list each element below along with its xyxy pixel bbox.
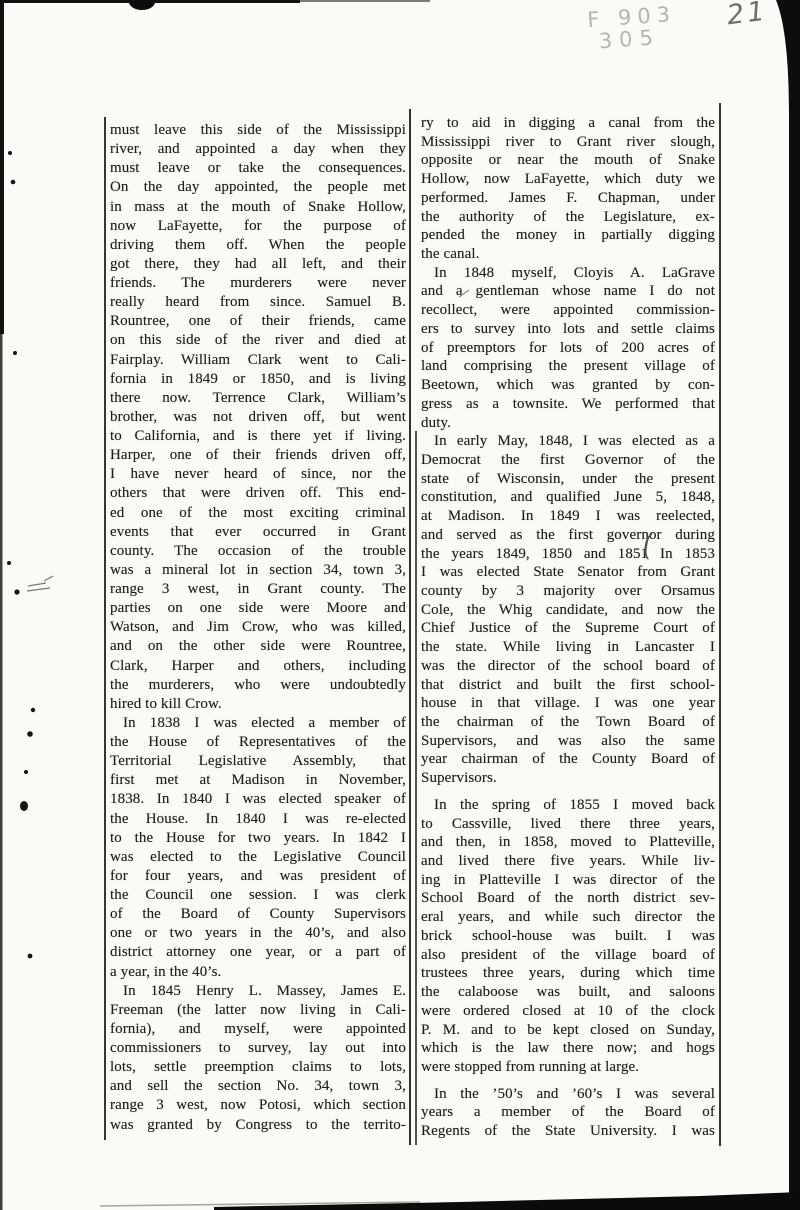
- pencil-scribble: [27, 576, 53, 591]
- scan-edge-bottom: [214, 1192, 800, 1210]
- text-line: P. M. and to be kept closed on Sunday,: [421, 1021, 715, 1040]
- text-line: must leave or take the consequences.: [110, 159, 406, 178]
- text-line: county by 3 majority over Orsamus: [421, 582, 715, 601]
- text-line: Clark, Harper and others, including: [110, 657, 406, 676]
- scan-edge-bottom-faint-line: [100, 1202, 420, 1206]
- paragraph: ry to aid in digging a canal from theMis…: [421, 114, 715, 264]
- text-line: first met at Madison in November,: [110, 771, 406, 790]
- text-line: of the Board of County Supervisors: [110, 905, 406, 924]
- text-line: performed. James F. Chapman, under: [421, 189, 715, 208]
- text-column-right: ry to aid in digging a canal from theMis…: [421, 114, 715, 1141]
- text-line: recollect, were appointed commission-: [421, 301, 715, 320]
- text-line: brother, was not driven off, but went: [110, 408, 406, 427]
- text-line: year chairman of the County Board of: [421, 750, 715, 769]
- text-line: Mississippi river to Grant river slough,: [421, 133, 715, 152]
- text-line: at Madison. In 1849 I was reelected,: [421, 507, 715, 526]
- text-line: Territorial Legislative Assembly, that: [110, 752, 406, 771]
- pencil-catalog-mark: F 903 305: [587, 3, 679, 53]
- text-line: I have never heard of since, nor the: [110, 465, 406, 484]
- text-line: range 3 west, now Potosi, which section: [110, 1096, 406, 1115]
- text-line: in mass at the mouth of Snake Hollow,: [110, 198, 406, 217]
- scan-edge-top-blob: [129, 0, 155, 10]
- text-line: were stopped from running at large.: [421, 1058, 715, 1077]
- text-line: friends. The murderers were never: [110, 274, 406, 293]
- text-line: In the spring of 1855 I moved back: [421, 796, 715, 815]
- scan-edge-right: [776, 0, 800, 1210]
- text-line: were ordered closed at 10 of the clock: [421, 1002, 715, 1021]
- text-line: the House. In 1840 I was re-elected: [110, 810, 406, 829]
- text-line: Cole, the Whig candidate, and now the: [421, 601, 715, 620]
- text-line: Freeman (the latter now living in Cali-: [110, 1001, 406, 1020]
- text-line: and served as the first governor during: [421, 526, 715, 545]
- text-line: to Cassville, lived there three years,: [421, 815, 715, 834]
- text-line: and lived there five years. While liv-: [421, 852, 715, 871]
- text-line: Hollow, now LaFayette, which duty we: [421, 170, 715, 189]
- text-line: Supervisors, and was also the same: [421, 732, 715, 751]
- scan-edge-top: [0, 0, 300, 3]
- column-rule-right: [719, 103, 721, 1146]
- text-line: ry to aid in digging a canal from the: [421, 114, 715, 133]
- text-column-left: must leave this side of the Mississippir…: [110, 121, 406, 1135]
- text-line: of preemptors for lots of 200 acres of: [421, 339, 715, 358]
- text-line: to the House for two years. In 1842 I: [110, 829, 406, 848]
- text-line: the state. While living in Lancaster I: [421, 638, 715, 657]
- text-line: trustees three years, during which time: [421, 964, 715, 983]
- text-line: that district and built the first school…: [421, 676, 715, 695]
- text-line: range 3 west, in Grant county. The: [110, 580, 406, 599]
- pencil-catalog-line2: 305: [598, 25, 678, 52]
- text-line: years a member of the Board of: [421, 1103, 715, 1122]
- text-line: Rountree, one of their friends, came: [110, 312, 406, 331]
- text-line: the House of Representatives of the: [110, 733, 406, 752]
- column-rule-left: [104, 117, 106, 1140]
- text-line: there now. Terrence Clark, William’s: [110, 389, 406, 408]
- paragraph: must leave this side of the Mississippir…: [110, 121, 406, 714]
- text-line: I was elected State Senator from Grant: [421, 563, 715, 582]
- text-line: was elected to the Legislative Council: [110, 848, 406, 867]
- text-line: for four years, and was president of: [110, 867, 406, 886]
- text-line: gress as a townsite. We performed that: [421, 395, 715, 414]
- text-line: river, and appointed a day when they: [110, 140, 406, 159]
- column-rule-middle: [409, 109, 411, 1145]
- text-line: which is the law there now; and hogs: [421, 1039, 715, 1058]
- text-line: the canal.: [421, 245, 715, 264]
- text-line: Regents of the State University. I was: [421, 1122, 715, 1141]
- text-line: was granted by Congress to the territo-: [110, 1116, 406, 1135]
- text-line: In early May, 1848, I was elected as a: [421, 432, 715, 451]
- text-line: the calaboose was built, and saloons: [421, 983, 715, 1002]
- text-line: constitution, and qualified June 5, 1848…: [421, 488, 715, 507]
- text-line: In 1838 I was elected a member of: [110, 714, 406, 733]
- text-line: state of Wisconsin, under the present: [421, 470, 715, 489]
- text-line: must leave this side of the Mississippi: [110, 121, 406, 140]
- text-line: Watson, and Jim Crow, who was killed,: [110, 618, 406, 637]
- text-line: was the director of the school board of: [421, 657, 715, 676]
- text-line: ers to survey into lots and settle claim…: [421, 320, 715, 339]
- text-line: got there, they had all left, and their: [110, 255, 406, 274]
- paragraph: In the ’50’s and ’60’s I was severalyear…: [421, 1085, 715, 1141]
- text-line: In the ’50’s and ’60’s I was several: [421, 1085, 715, 1104]
- text-line: fornia), and myself, were appointed: [110, 1020, 406, 1039]
- text-line: really heard from since. Samuel B.: [110, 293, 406, 312]
- text-line: the authority of the Legislature, ex-: [421, 208, 715, 227]
- text-line: the chairman of the Town Board of: [421, 713, 715, 732]
- text-line: hired to kill Crow.: [110, 695, 406, 714]
- scan-edge-left-upper: [0, 0, 4, 334]
- column-rule-inner: [415, 431, 417, 1145]
- text-line: In 1845 Henry L. Massey, James E.: [110, 982, 406, 1001]
- text-line: opposite or near the mouth of Snake: [421, 151, 715, 170]
- text-line: duty.: [421, 414, 715, 433]
- text-line: others that were driven off. This end-: [110, 484, 406, 503]
- text-line: and sell the section No. 34, town 3,: [110, 1077, 406, 1096]
- text-line: 1838. In 1840 I was elected speaker of: [110, 790, 406, 809]
- text-line: Supervisors.: [421, 769, 715, 788]
- paragraph: In 1848 myself, Cloyis A. LaGraveand a g…: [421, 264, 715, 432]
- pencil-catalog-line1: F 903: [587, 3, 677, 31]
- text-line: parties on one side were Moore and: [110, 599, 406, 618]
- text-line: house in that village. I was one year: [421, 694, 715, 713]
- text-line: events that ever occurred in Grant: [110, 523, 406, 542]
- paragraph: In the spring of 1855 I moved backto Cas…: [421, 796, 715, 1077]
- ink-specks: [7, 151, 35, 958]
- scanned-document-page: { "page": { "background": "#fbfaf6", "in…: [0, 0, 800, 1210]
- text-line: driving them off. When the people: [110, 236, 406, 255]
- text-line: School Board of the north district sev-: [421, 889, 715, 908]
- scan-edge-top-fade: [300, 0, 430, 2]
- scan-edge-left-lower: [0, 334, 3, 1210]
- text-line: the years 1849, 1850 and 1851 In 1853: [421, 545, 715, 564]
- text-line: lots, settle preemption claims to lots,: [110, 1058, 406, 1077]
- text-line: one or two years in the 40’s, and also: [110, 924, 406, 943]
- text-line: On the day appointed, the people met: [110, 178, 406, 197]
- text-line: ed one of the most exciting criminal: [110, 504, 406, 523]
- text-line: eral years, and while such director the: [421, 908, 715, 927]
- paragraph: In 1845 Henry L. Massey, James E.Freeman…: [110, 982, 406, 1135]
- paragraph: In early May, 1848, I was elected as aDe…: [421, 432, 715, 788]
- text-line: ing in Platteville I was director of the: [421, 871, 715, 890]
- text-line: Chief Justice of the Supreme Court of: [421, 619, 715, 638]
- text-line: and on the other side were Rountree,: [110, 637, 406, 656]
- text-line: land comprising the present village of: [421, 357, 715, 376]
- text-line: to California, and is there yet if livin…: [110, 427, 406, 446]
- text-line: and a gentleman whose name I do not: [421, 282, 715, 301]
- text-line: also president of the village board of: [421, 946, 715, 965]
- text-line: the Council one session. I was clerk: [110, 886, 406, 905]
- text-line: the murderers, who were undoubtedly: [110, 676, 406, 695]
- text-line: Beetown, which was granted by con-: [421, 376, 715, 395]
- paragraph: In 1838 I was elected a member ofthe Hou…: [110, 714, 406, 982]
- text-line: county. The occasion of the trouble: [110, 542, 406, 561]
- text-line: now LaFayette, for the purpose of: [110, 217, 406, 236]
- text-line: fornia in 1849 or 1850, and is living: [110, 370, 406, 389]
- text-line: district attorney one year, or a part of: [110, 943, 406, 962]
- text-line: a year, in the 40’s.: [110, 963, 406, 982]
- pencil-page-number: 21: [725, 0, 769, 31]
- text-line: and then, in 1858, moved to Platteville,: [421, 833, 715, 852]
- text-line: In 1848 myself, Cloyis A. LaGrave: [421, 264, 715, 283]
- text-line: commissioners to survey, lay out into: [110, 1039, 406, 1058]
- text-line: brick school-house was built. I was: [421, 927, 715, 946]
- text-line: pended the money in partially digging: [421, 226, 715, 245]
- text-line: Fairplay. William Clark went to Cali-: [110, 351, 406, 370]
- text-line: Harper, one of their friends driven off,: [110, 446, 406, 465]
- text-line: was a mineral lot in section 34, town 3,: [110, 561, 406, 580]
- text-line: on this side of the river and died at: [110, 331, 406, 350]
- text-line: Democrat the first Governor of the: [421, 451, 715, 470]
